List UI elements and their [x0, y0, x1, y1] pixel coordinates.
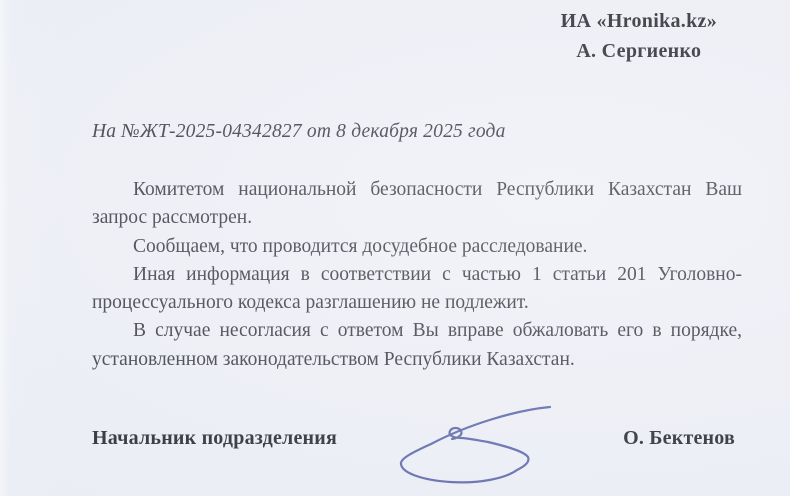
body-line-2: запрос рассмотрен. [92, 204, 742, 232]
recipient-block: ИА «Hronika.kz» А. Сергиенко [561, 6, 717, 66]
scanned-letter-document: ИА «Hronika.kz» А. Сергиенко На №ЖТ-2025… [0, 0, 790, 496]
recipient-organization: ИА «Hronika.kz» [561, 6, 717, 36]
body-line-4: Иная информация в соответствии с частью … [92, 261, 742, 289]
signoff-name: О. Бектенов [623, 427, 735, 450]
signature-stroke [401, 407, 550, 482]
body-line-3: Сообщаем, что проводится досудебное расс… [92, 233, 742, 261]
handwritten-signature-icon [395, 392, 595, 495]
body-line-1: Комитетом национальной безопасности Респ… [92, 176, 742, 204]
letter-body: Комитетом национальной безопасности Респ… [92, 176, 742, 374]
recipient-person: А. Сергиенко [561, 36, 717, 66]
body-line-7: установленном законодательством Республи… [92, 346, 742, 374]
body-line-5: процессуального кодекса разглашению не п… [92, 289, 742, 317]
signoff-position-title: Начальник подразделения [92, 427, 337, 450]
body-line-6: В случае несогласия с ответом Вы вправе … [92, 317, 742, 345]
reference-line: На №ЖТ-2025-04342827 от 8 декабря 2025 г… [92, 121, 506, 143]
